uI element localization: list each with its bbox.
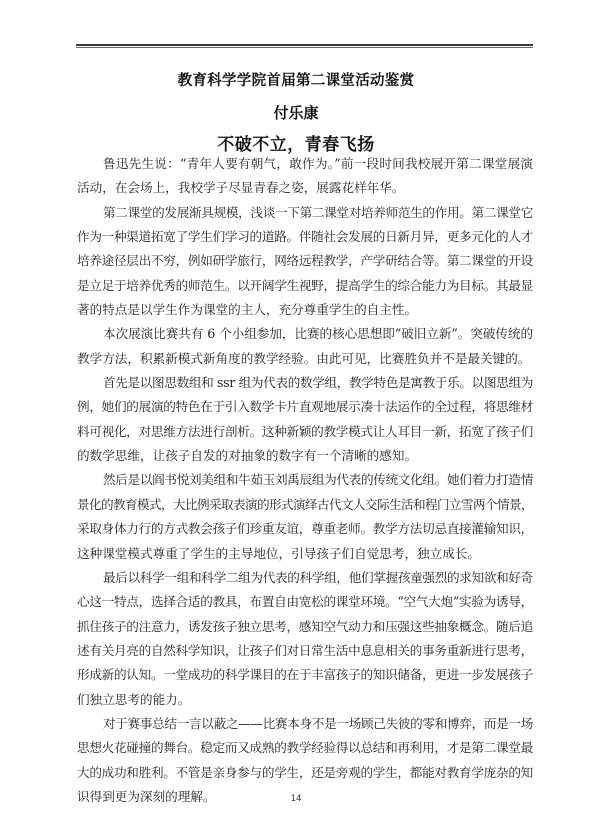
paragraph: 鲁迅先生说：“青年人要有朝气，敢作为。”前一段时间我校展开第二课堂展演 活动，在… bbox=[77, 152, 533, 201]
paragraph: 首先是以图思数组和 ssr 组为代表的数学组，教学特色是寓教于乐。以图思组为 例… bbox=[77, 371, 533, 468]
text-line: 教学方法，积累新模式新角度的教学经验。由此可见，比赛胜负并不是最关键的。 bbox=[77, 347, 533, 371]
header-double-rule bbox=[76, 44, 533, 49]
text-line: 料可视化，对思维方法进行剖析。这种新颖的教学模式让人耳目一新，拓宽了孩子们 bbox=[77, 420, 533, 444]
text-line: 这种课堂模式尊重了学生的主导地位，引导孩子们自觉思考，独立成长。 bbox=[77, 542, 533, 566]
text-line: 采取身体力行的方式教会孩子们珍重友谊，尊重老师。教学方法切忌直接灌输知识， bbox=[77, 517, 533, 541]
text-line: 思想火花碰撞的舞台。稳定而又成熟的教学经验得以总结和再利用，才是第二课堂最 bbox=[77, 736, 533, 760]
paragraph: 然后是以阎书悦刘美组和牛茹玉刘禹辰组为代表的传统文化组。她们着力打造情 景化的教… bbox=[77, 468, 533, 565]
paragraph: 本次展演比赛共有 6 个小组参加，比赛的核心思想即“破旧立新”。突破传统的 教学… bbox=[77, 322, 533, 371]
text-line: 心这一特点，选择合适的教具，布置自由宽松的课堂环境。“空气大炮”实验为诱导， bbox=[77, 590, 533, 614]
article-body: 鲁迅先生说：“青年人要有朝气，敢作为。”前一段时间我校展开第二课堂展演 活动，在… bbox=[77, 152, 533, 809]
author-name: 付乐康 bbox=[0, 102, 592, 123]
text-line: 的数学思维，让孩子自发的对抽象的数字有一个清晰的感知。 bbox=[77, 444, 533, 468]
text-line: 鲁迅先生说：“青年人要有朝气，敢作为。”前一段时间我校展开第二课堂展演 bbox=[77, 152, 533, 176]
text-line: 抓住孩子的注意力，诱发孩子独立思考，感知空气动力和压强这些抽象概念。随后追 bbox=[77, 615, 533, 639]
text-line: 培养途径层出不穷，例如研学旅行，网络远程教学，产学研结合等。第二课堂的开设 bbox=[77, 249, 533, 273]
text-line: 大的成功和胜利。不管是亲身参与的学生，还是旁观的学生，都能对教育学庞杂的知 bbox=[77, 761, 533, 785]
text-line: 们独立思考的能力。 bbox=[77, 688, 533, 712]
document-title: 教育科学学院首届第二课堂活动鉴赏 bbox=[0, 69, 592, 90]
page-number: 14 bbox=[0, 794, 592, 804]
text-line: 第二课堂的发展渐具规模，浅谈一下第二课堂对培养师范生的作用。第二课堂它 bbox=[77, 201, 533, 225]
document-page: 教育科学学院首届第二课堂活动鉴赏 付乐康 不破不立，青春飞扬 鲁迅先生说：“青年… bbox=[0, 0, 592, 838]
text-line: 本次展演比赛共有 6 个小组参加，比赛的核心思想即“破旧立新”。突破传统的 bbox=[77, 322, 533, 346]
text-line: 作为一种渠道拓宽了学生们学习的道路。伴随社会发展的日新月异，更多元化的人才 bbox=[77, 225, 533, 249]
text-line: 对于赛事总结一言以蔽之——比赛本身不是一场顾己失彼的零和博弈，而是一场 bbox=[77, 712, 533, 736]
text-line: 然后是以阎书悦刘美组和牛茹玉刘禹辰组为代表的传统文化组。她们着力打造情 bbox=[77, 468, 533, 492]
paragraph: 最后以科学一组和科学二组为代表的科学组，他们掌握孩童强烈的求知欲和好奇 心这一特… bbox=[77, 566, 533, 712]
text-line: 著的特点是以学生作为课堂的主人，充分尊重学生的自主性。 bbox=[77, 298, 533, 322]
text-line: 活动，在会场上，我校学子尽显青春之姿，展露花样年华。 bbox=[77, 176, 533, 200]
header-rule-thin bbox=[76, 47, 533, 48]
text-line: 最后以科学一组和科学二组为代表的科学组，他们掌握孩童强烈的求知欲和好奇 bbox=[77, 566, 533, 590]
paragraph: 第二课堂的发展渐具规模，浅谈一下第二课堂对培养师范生的作用。第二课堂它 作为一种… bbox=[77, 201, 533, 323]
text-line: 是立足于培养优秀的师范生。以开阔学生视野，提高学生的综合能力为目标。其最显 bbox=[77, 274, 533, 298]
text-line: 形成新的认知。一堂成功的科学课目的在于丰富孩子的知识储备，更进一步发展孩子 bbox=[77, 663, 533, 687]
text-line: 首先是以图思数组和 ssr 组为代表的数学组，教学特色是寓教于乐。以图思组为 bbox=[77, 371, 533, 395]
text-line: 述有关月亮的自然科学知识，让孩子们对日常生活中息息相关的事务重新进行思考， bbox=[77, 639, 533, 663]
header-rule-thick bbox=[76, 44, 533, 46]
text-line: 景化的教育模式，大比例采取表演的形式演绎古代文人交际生活和程门立雪两个情景， bbox=[77, 493, 533, 517]
text-line: 例，她们的展演的特色在于引入数学卡片直观地展示凑十法运作的全过程，将思维材 bbox=[77, 395, 533, 419]
